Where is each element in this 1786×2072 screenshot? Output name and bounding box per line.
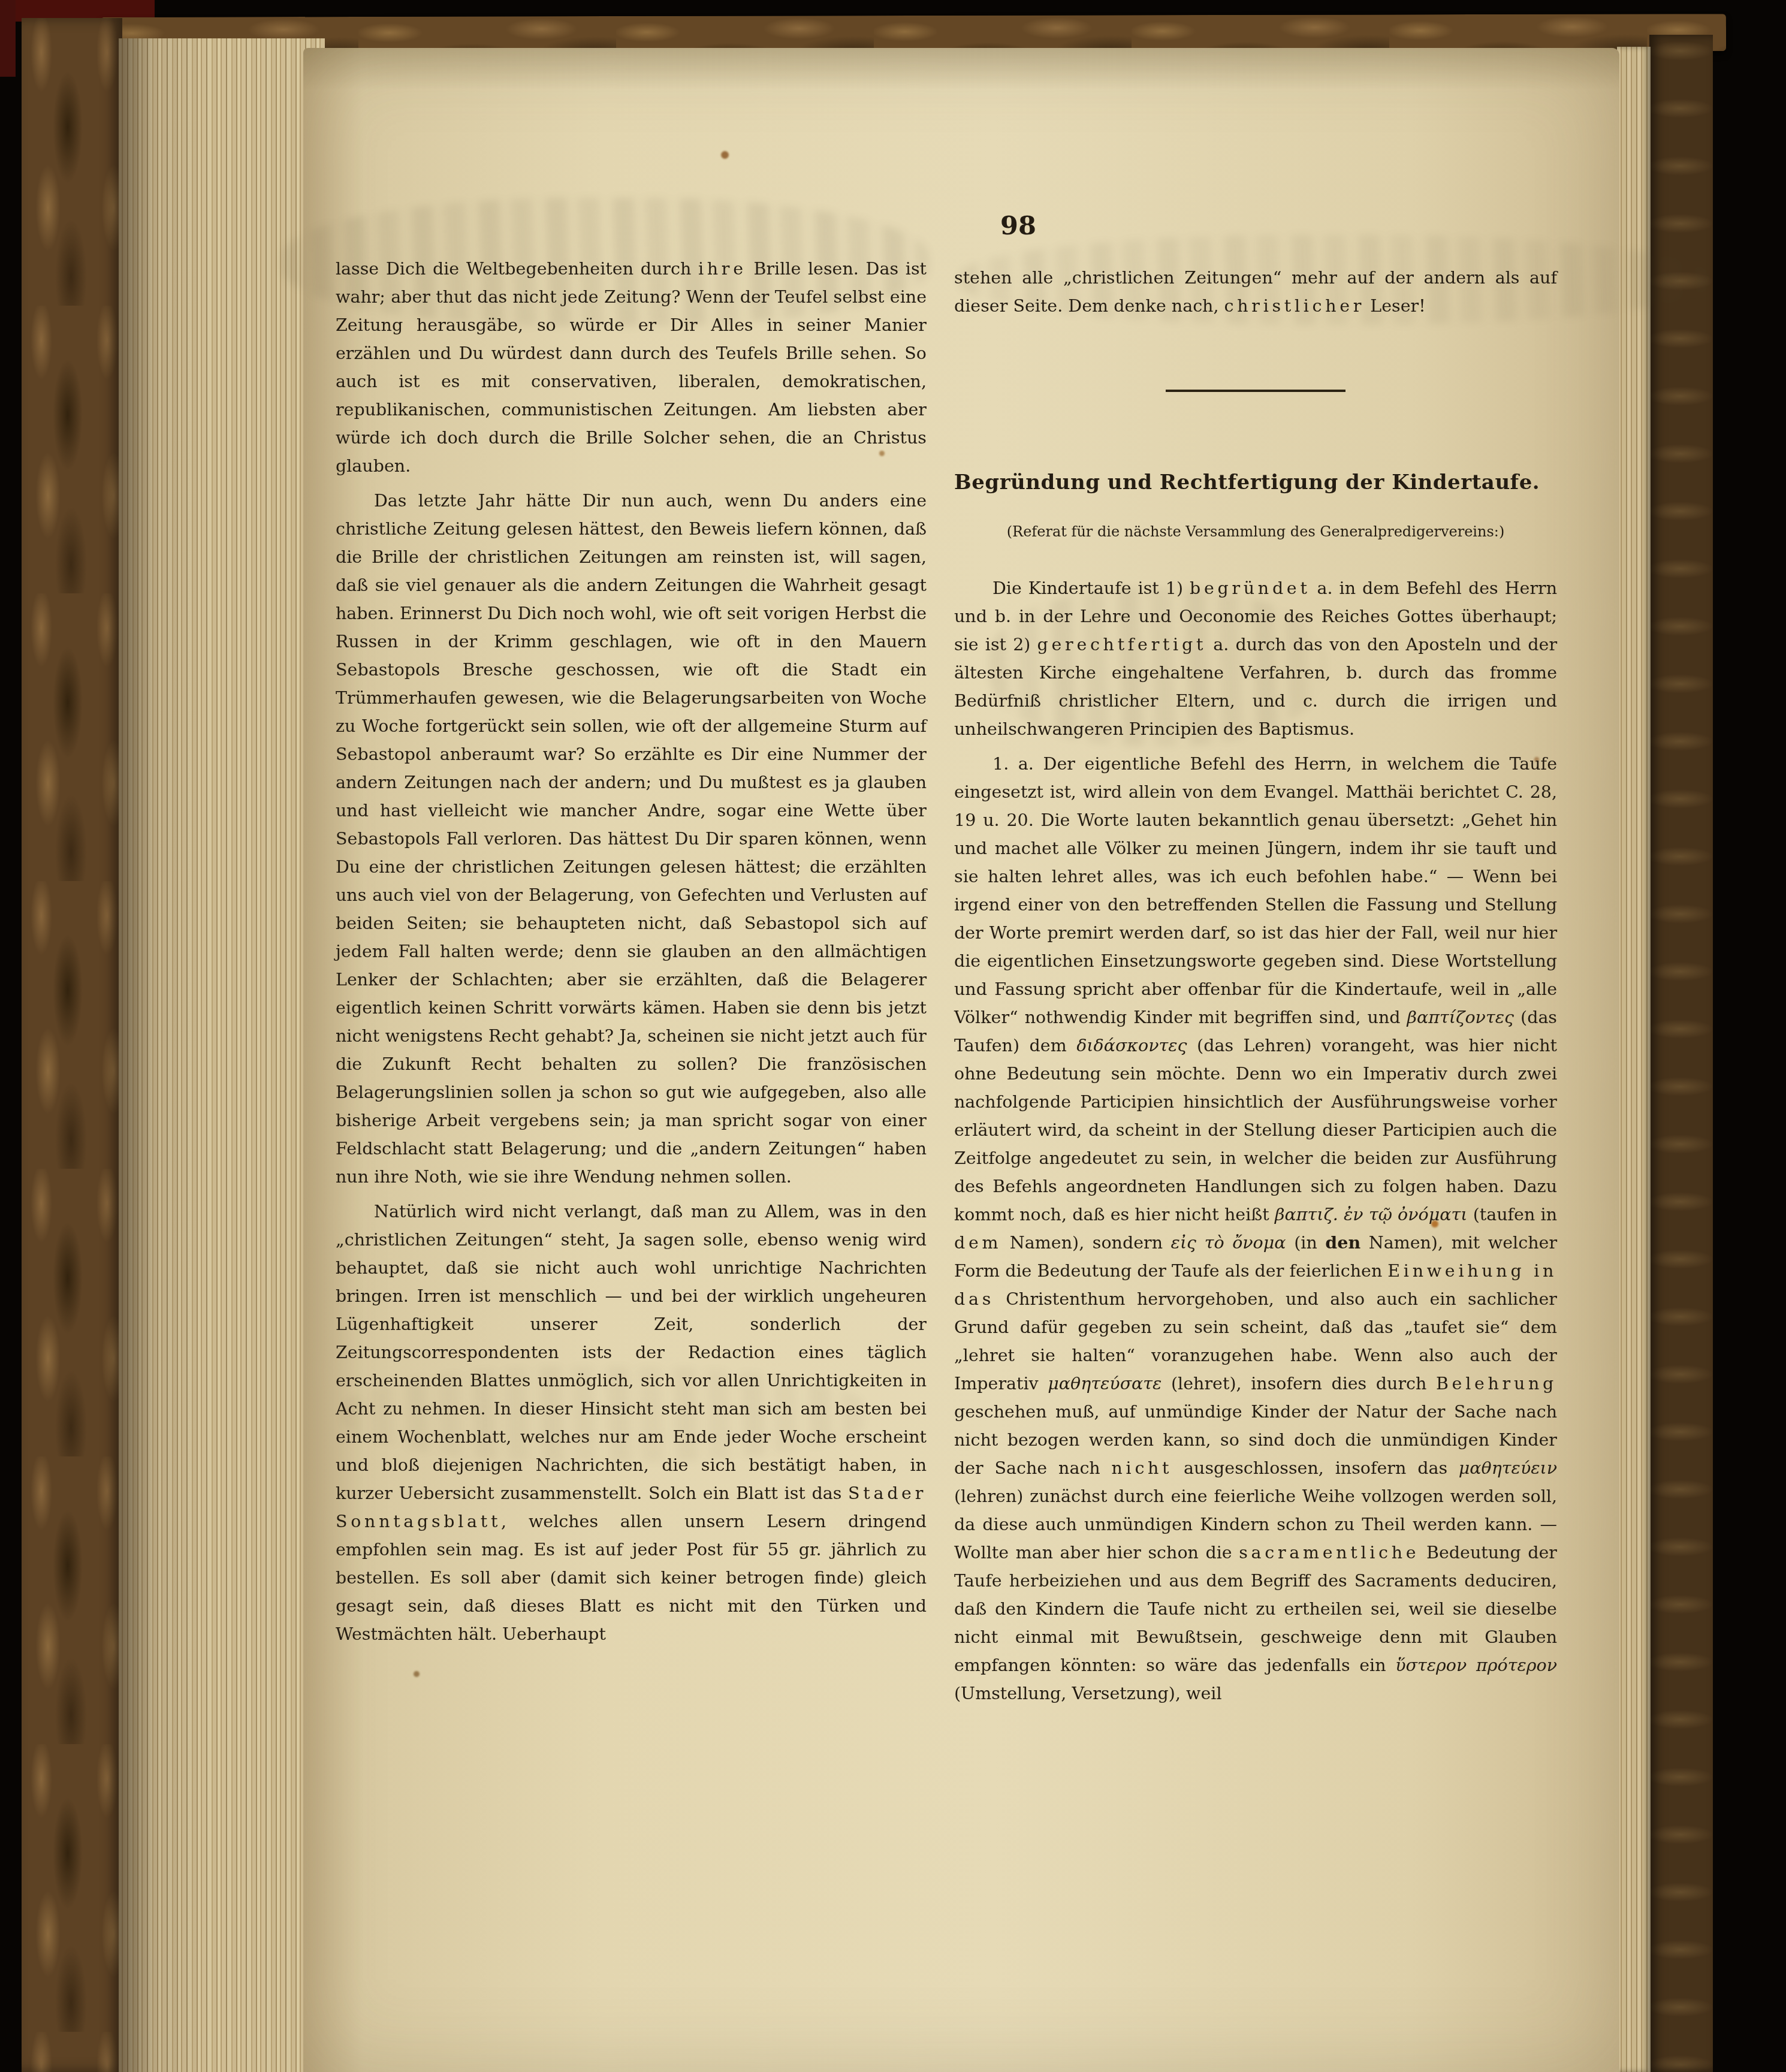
page-edge-stack-left: [119, 38, 325, 2072]
left-text-column: lasse Dich die Weltbegebenheiten durch i…: [336, 255, 927, 1648]
binding-fragment-side: [0, 0, 16, 77]
paragraph: 1. a. Der eigentliche Befehl des Herrn, …: [954, 750, 1557, 1708]
paragraph: Natürlich wird nicht verlangt, daß man z…: [336, 1198, 927, 1648]
foxing-stain: [414, 1671, 420, 1677]
article-title: Begründung und Rechtfertigung der Kinder…: [954, 468, 1557, 497]
paragraph: lasse Dich die Weltbegebenheiten durch i…: [336, 255, 927, 480]
paragraph-continuation: stehen alle „christlichen Zeitungen“ meh…: [954, 264, 1557, 320]
book-cover-right-board: [1649, 35, 1713, 2072]
book-cover-left-board: [22, 18, 122, 2072]
article-subtitle: (Referat für die nächste Versammlung des…: [954, 521, 1557, 542]
paragraph: Die Kindertaufe ist 1) begründet a. in d…: [954, 574, 1557, 743]
page-edge-stack-right: [1617, 47, 1651, 2072]
foxing-stain: [721, 151, 729, 159]
paragraph: Das letzte Jahr hätte Dir nun auch, wenn…: [336, 487, 927, 1191]
right-text-column: stehen alle „christlichen Zeitungen“ meh…: [954, 264, 1557, 1708]
book-scan-scene: 98 lasse Dich die Weltbegebenheiten durc…: [0, 0, 1786, 2072]
page-number: 98: [979, 211, 1057, 241]
section-divider-rule: [1166, 390, 1345, 392]
